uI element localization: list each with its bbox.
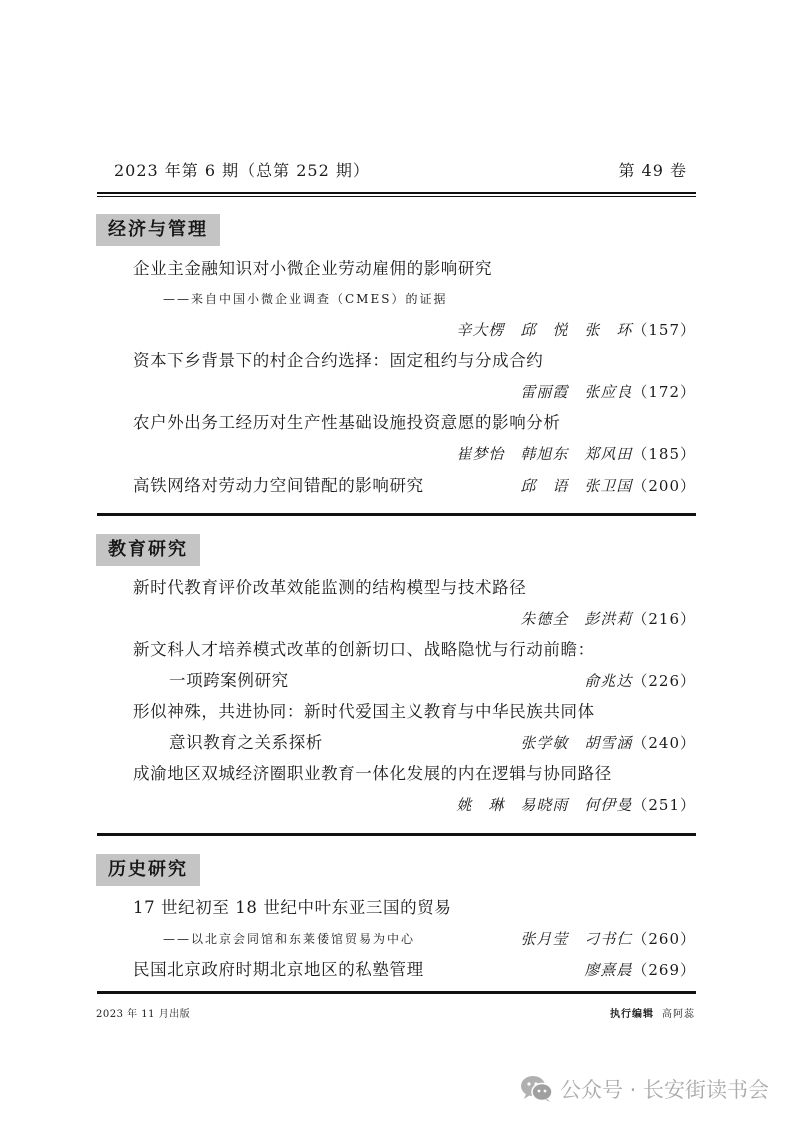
page-number: （226） <box>632 672 696 690</box>
article-title-line: 高铁网络对劳动力空间错配的影响研究 邱 语 张卫国（200） <box>133 474 696 498</box>
article-title-continuation[interactable]: 一项跨案例研究 <box>169 669 289 693</box>
article-authors: 朱德全 彭洪莉（216） <box>520 607 696 631</box>
article-authors: 雷丽霞 张应良（172） <box>520 380 696 404</box>
watermark: 公众号 · 长安街读书会 <box>520 1074 769 1104</box>
article-title[interactable]: 形似神殊，共进协同：新时代爱国主义教育与中华民族共同体 <box>133 700 595 724</box>
article-author-line: 崔梦怡 韩旭东 郑风田（185） <box>133 442 696 466</box>
section-heading-education: 教育研究 <box>96 534 200 566</box>
article-title[interactable]: 新时代教育评价改革效能监测的结构模型与技术路径 <box>133 576 526 600</box>
article-authors: 辛大楞 邱 悦 张 环（157） <box>456 318 696 342</box>
article-author-line: 辛大楞 邱 悦 张 环（157） <box>133 318 696 342</box>
article-title[interactable]: 成渝地区双城经济圈职业教育一体化发展的内在逻辑与协同路径 <box>133 762 612 786</box>
article-title[interactable]: 高铁网络对劳动力空间错配的影响研究 <box>133 474 424 498</box>
article-subtitle-line: ——来自中国小微企业调查（CMES）的证据 <box>133 287 696 311</box>
page-number: （260） <box>632 930 696 948</box>
wechat-icon <box>520 1075 554 1103</box>
section-divider <box>97 833 696 836</box>
editor-name: 高阿蕊 <box>662 1009 695 1020</box>
page-number: （251） <box>632 796 696 814</box>
page-number: （200） <box>632 477 696 495</box>
section-heading-economics: 经济与管理 <box>96 214 220 246</box>
publication-date: 2023 年 11 月出版 <box>96 1005 190 1020</box>
volume-info: 第 49 卷 <box>618 158 687 181</box>
footer-divider <box>97 991 696 994</box>
page-number: （240） <box>632 734 696 752</box>
page-number: （172） <box>632 383 696 401</box>
page-number: （157） <box>632 321 696 339</box>
article-authors: 张学敏 胡雪涵（240） <box>520 731 696 755</box>
article-authors: 俞兆达（226） <box>584 669 696 693</box>
article-authors: 姚 琳 易晓雨 何伊曼（251） <box>456 793 696 817</box>
article-subtitle-line: ——以北京会同馆和东莱倭馆贸易为中心 张月莹 刁书仁（260） <box>133 927 696 951</box>
issue-info: 2023 年第 6 期（总第 252 期） <box>114 158 370 181</box>
article-title-line: 17 世纪初至 18 世纪中叶东亚三国的贸易 <box>133 896 696 920</box>
article-title-line: 企业主金融知识对小微企业劳动雇佣的影响研究 <box>133 257 696 281</box>
article-author-line: 姚 琳 易晓雨 何伊曼（251） <box>133 793 696 817</box>
article-title[interactable]: 资本下乡背景下的村企合约选择：固定租约与分成合约 <box>133 349 543 373</box>
section-divider <box>97 513 696 516</box>
article-title-line: 新文科人才培养模式改革的创新切口、战略隐忧与行动前瞻： <box>133 638 696 662</box>
article-title-line: 形似神殊，共进协同：新时代爱国主义教育与中华民族共同体 <box>133 700 696 724</box>
section-heading-history: 历史研究 <box>96 854 200 886</box>
article-author-line: 雷丽霞 张应良（172） <box>133 380 696 404</box>
article-subtitle: ——来自中国小微企业调查（CMES）的证据 <box>163 287 447 311</box>
article-authors: 廖熹晨（269） <box>584 958 696 982</box>
article-subtitle: ——以北京会同馆和东莱倭馆贸易为中心 <box>163 927 415 951</box>
article-title-line: 资本下乡背景下的村企合约选择：固定租约与分成合约 <box>133 349 696 373</box>
article-continuation-line: 一项跨案例研究 俞兆达（226） <box>133 669 696 693</box>
article-title[interactable]: 新文科人才培养模式改革的创新切口、战略隐忧与行动前瞻： <box>133 638 595 662</box>
article-title-continuation[interactable]: 意识教育之关系探析 <box>169 731 323 755</box>
editor-label: 执行编辑 <box>610 1009 654 1020</box>
header-double-rule <box>97 192 696 197</box>
article-title[interactable]: 民国北京政府时期北京地区的私塾管理 <box>133 958 424 982</box>
article-author-line: 朱德全 彭洪莉（216） <box>133 607 696 631</box>
article-title-line: 成渝地区双城经济圈职业教育一体化发展的内在逻辑与协同路径 <box>133 762 696 786</box>
page-number: （216） <box>632 610 696 628</box>
watermark-text: 公众号 · 长安街读书会 <box>560 1074 769 1104</box>
page-number: （185） <box>632 445 696 463</box>
article-authors: 邱 语 张卫国（200） <box>520 474 696 498</box>
page-number: （269） <box>632 961 696 979</box>
article-title[interactable]: 17 世纪初至 18 世纪中叶东亚三国的贸易 <box>133 896 451 920</box>
article-title[interactable]: 农户外出务工经历对生产性基础设施投资意愿的影响分析 <box>133 411 561 435</box>
article-authors: 崔梦怡 韩旭东 郑风田（185） <box>456 442 696 466</box>
article-title-line: 民国北京政府时期北京地区的私塾管理 廖熹晨（269） <box>133 958 696 982</box>
article-title-line: 新时代教育评价改革效能监测的结构模型与技术路径 <box>133 576 696 600</box>
executive-editor: 执行编辑高阿蕊 <box>610 1005 695 1020</box>
article-title-line: 农户外出务工经历对生产性基础设施投资意愿的影响分析 <box>133 411 696 435</box>
article-authors: 张月莹 刁书仁（260） <box>520 927 696 951</box>
article-continuation-line: 意识教育之关系探析 张学敏 胡雪涵（240） <box>133 731 696 755</box>
article-title[interactable]: 企业主金融知识对小微企业劳动雇佣的影响研究 <box>133 257 492 281</box>
